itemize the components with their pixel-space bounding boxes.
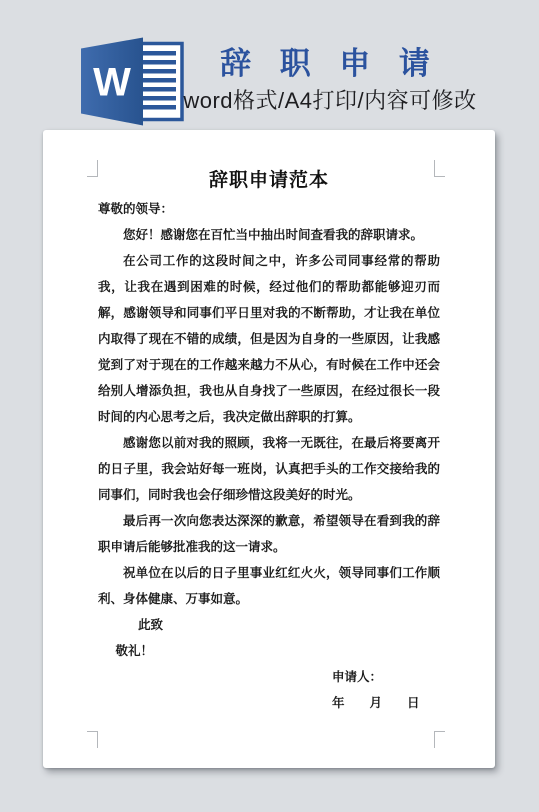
crop-mark-bottom-left: [87, 731, 98, 748]
date-line: 年 月 日: [332, 690, 440, 716]
crop-mark-bottom-right: [434, 731, 445, 748]
paragraph-wishes: 祝单位在以后的日子里事业红红火火，领导同事们工作顺利、身体健康、万事如意。: [98, 560, 440, 612]
word-icon-letter: W: [93, 61, 131, 105]
paragraph-body-2: 感谢您以前对我的照顾，我将一无既往，在最后将要离开的日子里，我会站好每一班岗，认…: [98, 430, 440, 508]
paragraph-body-1: 在公司工作的这段时间之中，许多公司同事经常的帮助我，让我在遇到困难的时候，经过他…: [98, 248, 440, 430]
word-logo-icon: W: [79, 36, 186, 127]
document-page: 辞职申请范本 尊敬的领导： 您好！感谢您在百忙当中抽出时间查看我的辞职请求。 在…: [43, 130, 495, 768]
header-text: 辞 职 申 请 word格式/A4打印/内容可修改: [180, 46, 480, 114]
closing-jingli: 敬礼！: [98, 638, 440, 664]
header-subtitle: word格式/A4打印/内容可修改: [180, 88, 480, 114]
closing-cizhi: 此致: [98, 612, 440, 638]
word-icon: W: [79, 36, 186, 127]
paragraph-greeting: 您好！感谢您在百忙当中抽出时间查看我的辞职请求。: [98, 222, 440, 248]
paragraph-body-3: 最后再一次向您表达深深的歉意，希望领导在看到我的辞职申请后能够批准我的这一请求。: [98, 508, 440, 560]
crop-mark-top-left: [87, 160, 98, 177]
document-content: 辞职申请范本 尊敬的领导： 您好！感谢您在百忙当中抽出时间查看我的辞职请求。 在…: [98, 166, 440, 716]
applicant-label: 申请人：: [332, 664, 440, 690]
signature-block: 申请人： 年 月 日: [332, 664, 440, 716]
header-title: 辞 职 申 请: [180, 46, 480, 82]
salutation: 尊敬的领导：: [98, 196, 440, 222]
document-title: 辞职申请范本: [98, 166, 440, 196]
page-background: W 辞 职 申 请 word格式/A4打印/内容可修改 辞职申请范本 尊敬的领导…: [0, 0, 539, 812]
